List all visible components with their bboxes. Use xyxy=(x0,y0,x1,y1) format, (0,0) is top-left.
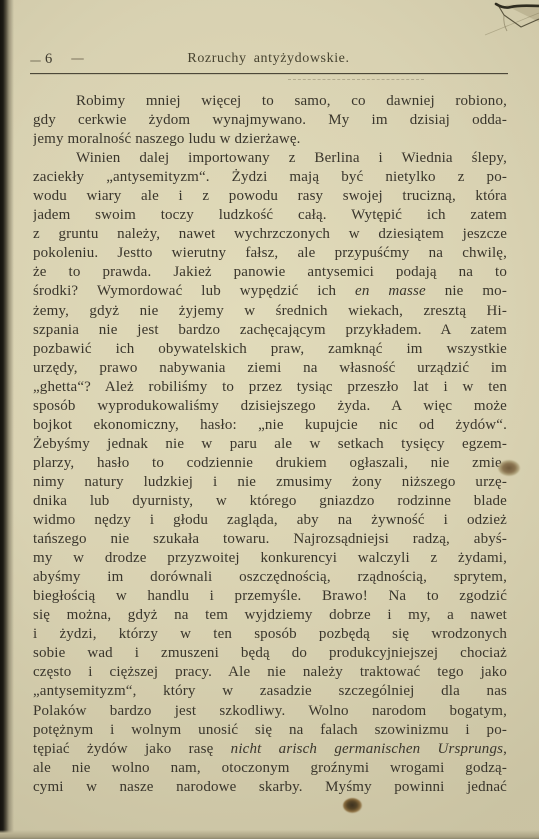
text-line: środki? Wymordować lub wypędzić ich en m… xyxy=(33,282,507,301)
text-line: nimy natury ludzkiej i nie zmusimy żony … xyxy=(33,473,507,492)
text-line: gdy cerkwie żydom wynajmywano. My im dzi… xyxy=(33,111,507,130)
text-line: żemy, gdyż nie żyjemy w średnich wiekach… xyxy=(33,302,507,321)
text-line: cymi w nasze narodowe skarby. Myśmy powi… xyxy=(33,778,507,797)
text-line: „antysemityzm“, który w zasadzie szczegó… xyxy=(33,682,507,701)
text-line: sobie wad i zmuszeni będą do produkcyjni… xyxy=(33,644,507,663)
text-line: plarzy, hasło to codziennie drukiem ogła… xyxy=(33,454,507,473)
text-line: tępiać żydów jako rasę nicht arisch germ… xyxy=(33,740,507,759)
text-line: potężnym i wolnym unosić się na falach s… xyxy=(33,721,507,740)
text-line: jadem swoim toczy ludzkość całą. Wytępić… xyxy=(33,206,507,225)
text-line: Żebyśmy jednak nie w paru ale w setkach … xyxy=(33,435,507,454)
text-line: tańszego nie szukała towaru. Najrozsądni… xyxy=(33,530,507,549)
paper-stain xyxy=(498,460,520,476)
running-title: Rozruchy antyżydowskie. xyxy=(32,51,505,67)
header-rule xyxy=(30,73,508,74)
text-line: Winien dalej importowany z Berlina i Wie… xyxy=(33,149,507,168)
text-line: zaciekły „antysemityzm“. Żydzi mają być … xyxy=(33,168,507,187)
text-line: sposób wyprodukowaliśmy dzisiejszego żyd… xyxy=(33,397,507,416)
text-line: często i cięższej pracy. Ale nie należy … xyxy=(33,663,507,682)
text-line: pozbawić ich obywatelskich praw, zamknąć… xyxy=(33,340,507,359)
text-line: „ghetta“? Ależ robiliśmy to przez tysiąc… xyxy=(33,378,507,397)
text-line: wodu wiary ale i z powodu rasy swojej tr… xyxy=(33,187,507,206)
text-line: Polaków bardzo jest szkodliwy. Wolno nar… xyxy=(33,702,507,721)
paper-stain xyxy=(343,798,362,813)
text-line: my w drodze przyzwoitej konkurencyi walc… xyxy=(33,549,507,568)
body-text: Robimy mniej więcej to samo, co dawniej … xyxy=(33,92,507,797)
text-line: że to prawda. Jakież panowie antysemici … xyxy=(33,263,507,282)
text-line: abyśmy im dorównali oszczędnością, rządn… xyxy=(33,568,507,587)
text-line: urzędy, prawo nabywania ziemi na własnoś… xyxy=(33,359,507,378)
text-line: ale nie wolno nam, otoczonym groźnymi wr… xyxy=(33,759,507,778)
text-line: i żydzi, którzy w ten sposób pozbędą się… xyxy=(33,625,507,644)
text-line: jemy moralność naszego ludu w dzierżawę. xyxy=(33,130,507,149)
pen-scribble-mark xyxy=(479,0,539,60)
text-line: biegłością w handlu i przemyśle. Brawo! … xyxy=(33,587,507,606)
header-rule-ghost xyxy=(288,79,424,80)
text-line: widmo nędzy i głodu zagląda, aby na żywn… xyxy=(33,511,507,530)
text-line: się można, gdyż na tem wyjdziemy dobrze … xyxy=(33,606,507,625)
book-page: 6 Rozruchy antyżydowskie. Robimy mniej w… xyxy=(0,0,539,839)
binding-shadow xyxy=(0,0,14,839)
text-line: Robimy mniej więcej to samo, co dawniej … xyxy=(33,92,507,111)
text-line: pokoleniu. Jestto wierutny fałsz, ale pr… xyxy=(33,244,507,263)
text-line: bojkot ekonomiczny, hasło: „nie kupujcie… xyxy=(33,416,507,435)
text-line: dnika lub dyurnisty, w którego gniazdzo … xyxy=(33,492,507,511)
text-line: szpania nie jest bardzo zachęcającym prz… xyxy=(33,321,507,340)
text-line: z gruntu należy, nawet wychrzczonych w d… xyxy=(33,225,507,244)
page-bottom-edge xyxy=(0,830,539,839)
